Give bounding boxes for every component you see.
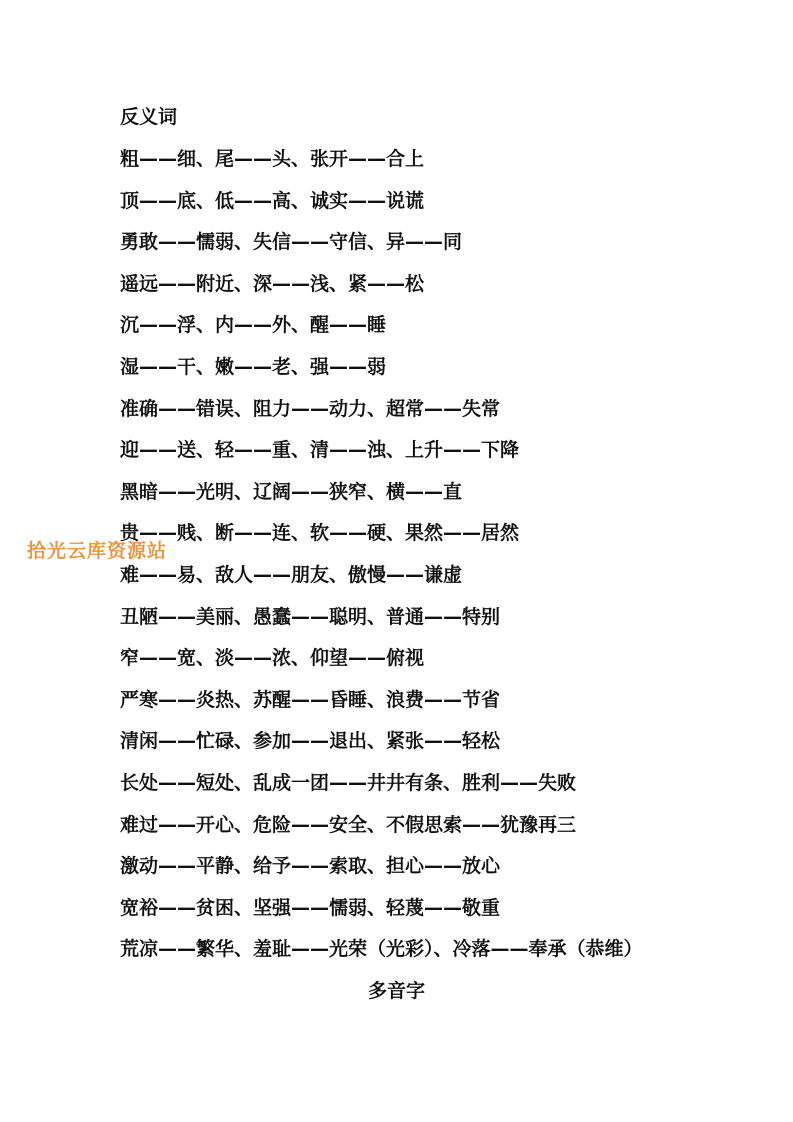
antonym-line: 顶——底、低——高、诚实——说谎 — [120, 188, 643, 230]
antonym-line: 难过——开心、危险——安全、不假思索——犹豫再三 — [120, 812, 643, 854]
antonym-line: 荒凉——繁华、羞耻——光荣（光彩）、冷落——奉承（恭维） — [120, 936, 643, 978]
antonym-line: 清闲——忙碌、参加——退出、紧张——轻松 — [120, 728, 643, 770]
section-heading-polyphones: 多音字 — [0, 978, 793, 1004]
section-heading-antonyms: 反义词 — [120, 104, 177, 130]
antonym-line: 黑暗——光明、辽阔——狭窄、横——直 — [120, 479, 643, 521]
antonym-line: 长处——短处、乱成一团——井井有条、胜利——失败 — [120, 770, 643, 812]
antonym-line: 窄——宽、淡——浓、仰望——俯视 — [120, 645, 643, 687]
antonym-line: 湿——干、嫩——老、强——弱 — [120, 354, 643, 396]
document-page: 反义词 粗——细、尾——头、张开——合上 顶——底、低——高、诚实——说谎 勇敢… — [0, 0, 793, 1122]
antonym-list: 粗——细、尾——头、张开——合上 顶——底、低——高、诚实——说谎 勇敢——懦弱… — [120, 146, 643, 978]
antonym-line: 沉——浮、内——外、醒——睡 — [120, 312, 643, 354]
antonym-line: 贵——贱、断——连、软——硬、果然——居然 — [120, 520, 643, 562]
antonym-line: 遥远——附近、深——浅、紧——松 — [120, 271, 643, 313]
antonym-line: 宽裕——贫困、坚强——懦弱、轻蔑——敬重 — [120, 895, 643, 937]
antonym-line: 丑陋——美丽、愚蠢——聪明、普通——特别 — [120, 604, 643, 646]
watermark-text: 拾光云库资源站 — [27, 536, 167, 563]
antonym-line: 准确——错误、阻力——动力、超常——失常 — [120, 396, 643, 438]
antonym-line: 激动——平静、给予——索取、担心——放心 — [120, 853, 643, 895]
antonym-line: 迎——送、轻——重、清——浊、上升——下降 — [120, 437, 643, 479]
antonym-line: 粗——细、尾——头、张开——合上 — [120, 146, 643, 188]
antonym-line: 勇敢——懦弱、失信——守信、异——同 — [120, 229, 643, 271]
antonym-line: 难——易、敌人——朋友、傲慢——谦虚 — [120, 562, 643, 604]
antonym-line: 严寒——炎热、苏醒——昏睡、浪费——节省 — [120, 687, 643, 729]
